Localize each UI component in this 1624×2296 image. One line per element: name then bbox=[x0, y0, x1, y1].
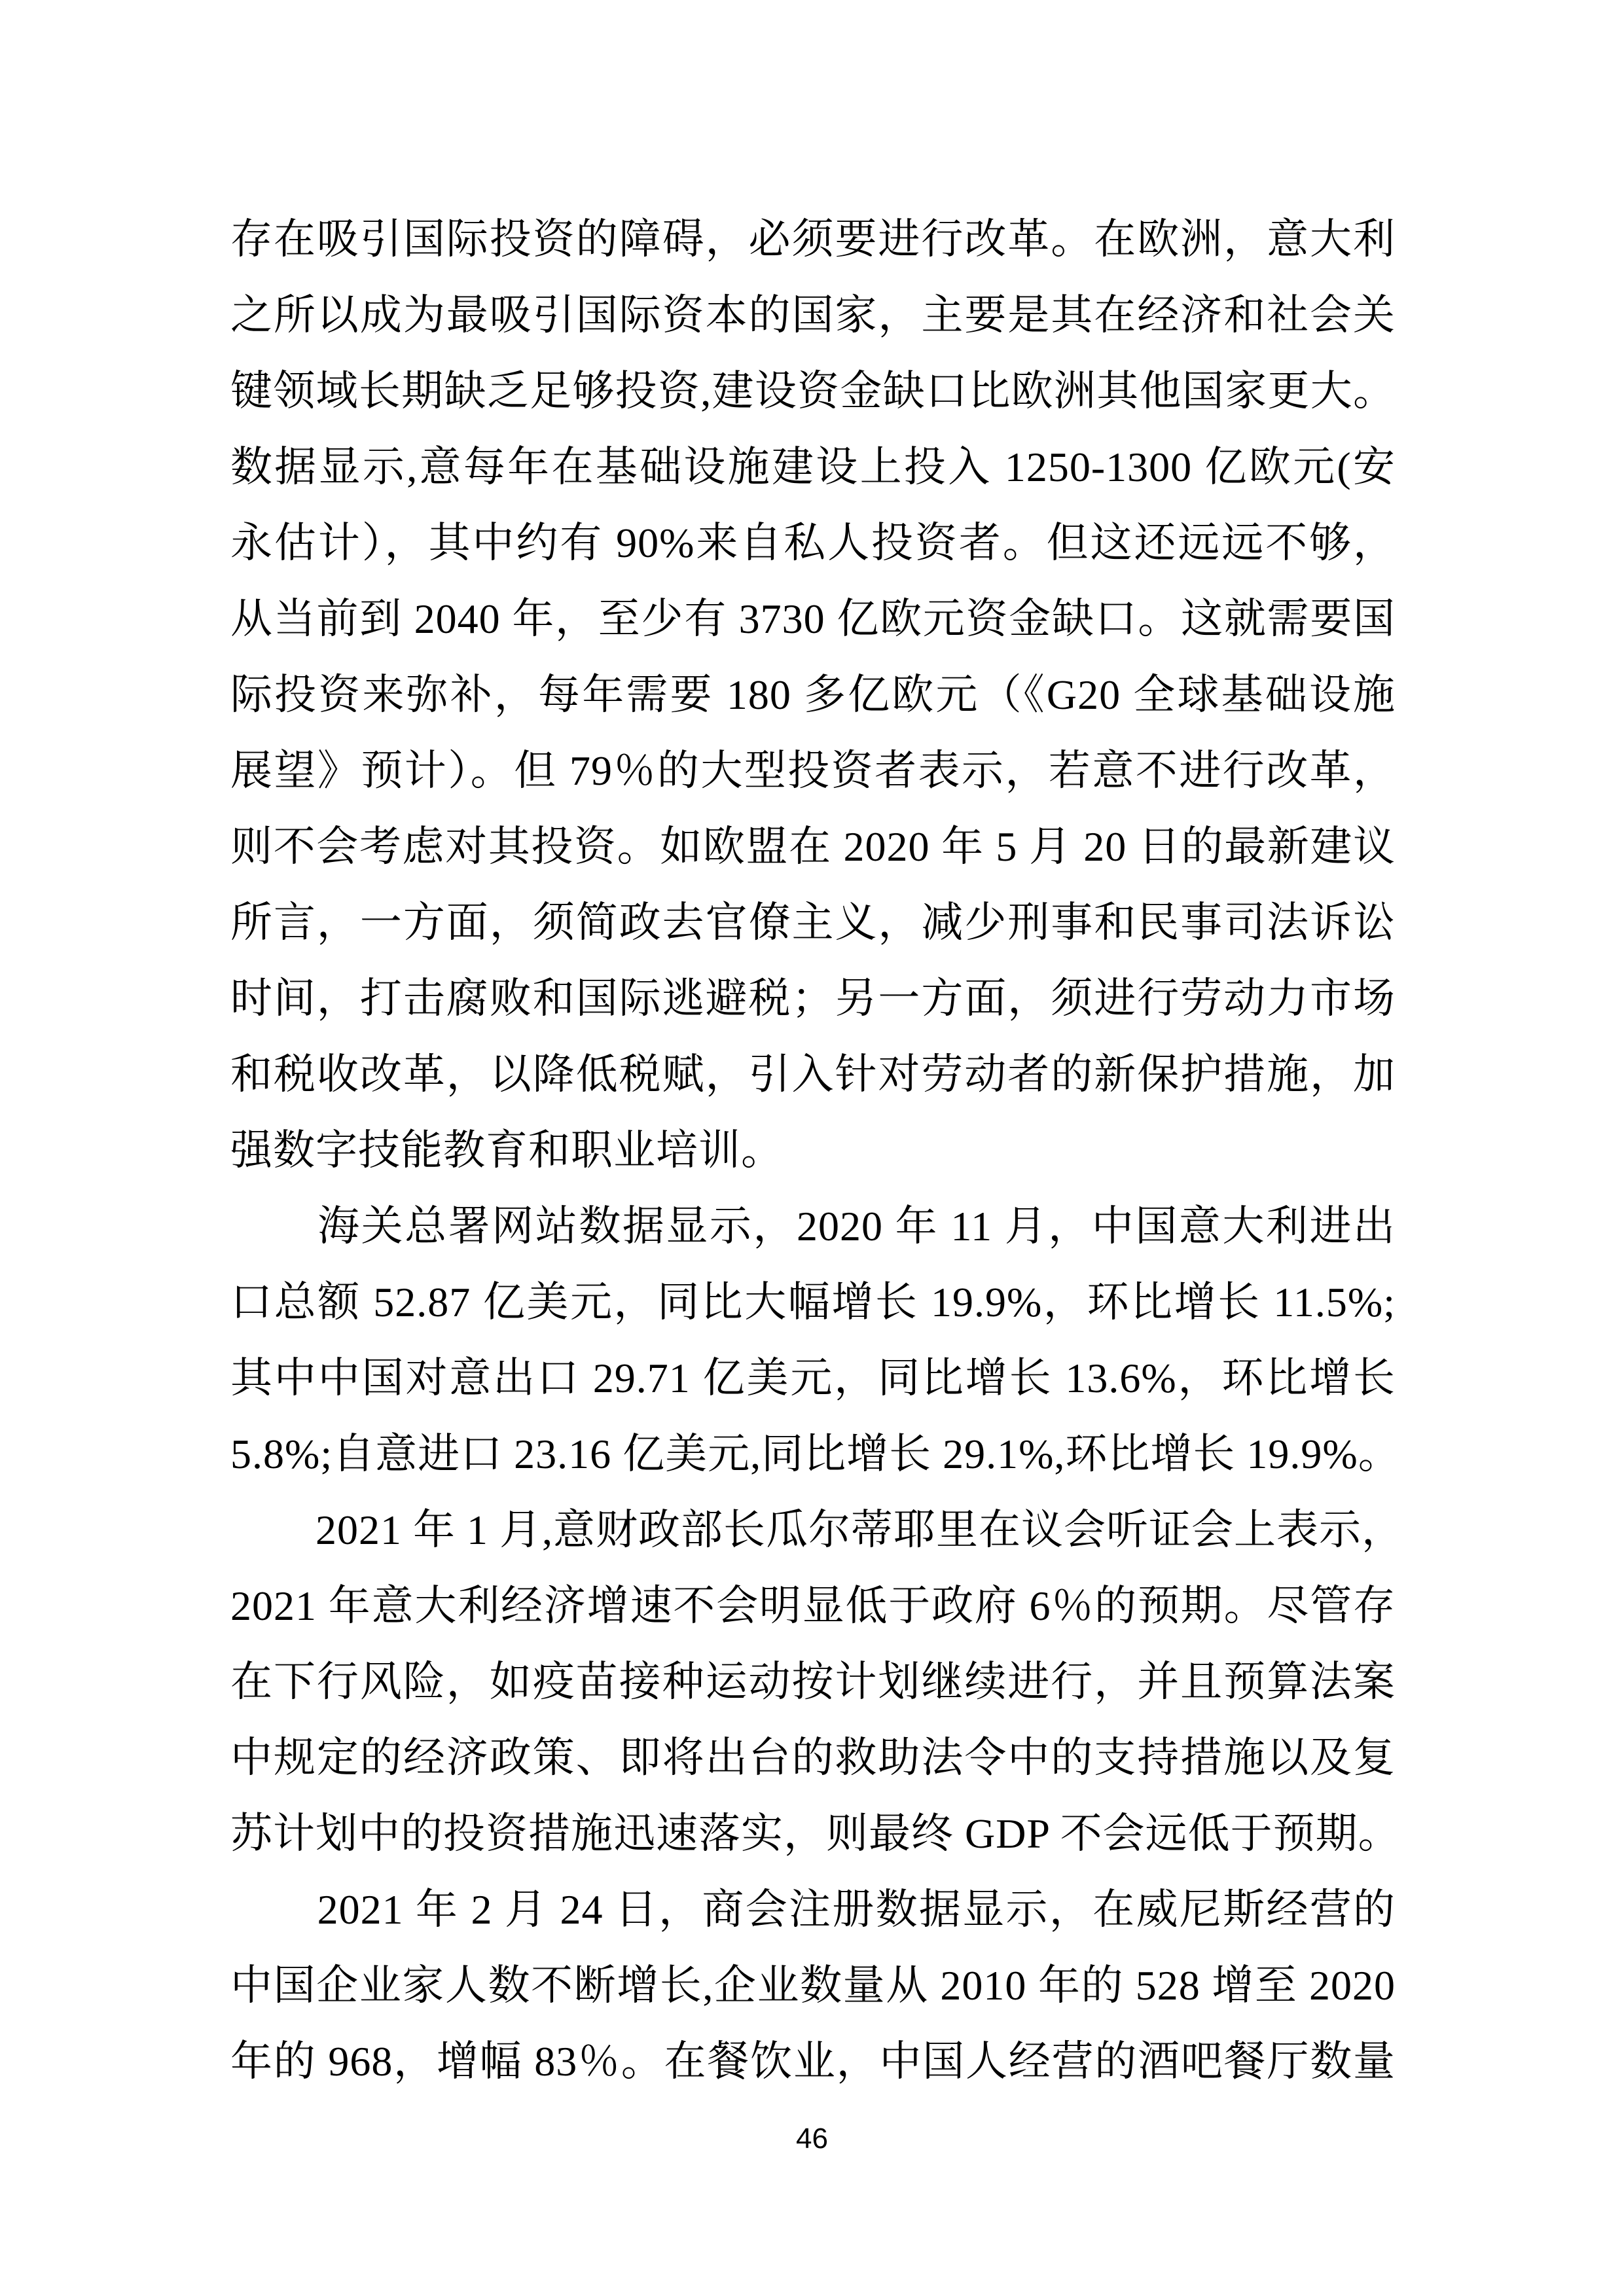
page-number: 46 bbox=[0, 2119, 1624, 2159]
text-line: 之所以成为最吸引国际资本的国家，主要是其在经济和社会关 bbox=[230, 278, 1396, 353]
text-line: 存在吸引国际投资的障碍，必须要进行改革。在欧洲，意大利 bbox=[230, 202, 1396, 278]
text-line: 其中中国对意出口 29.71 亿美元，同比增长 13.6%，环比增长 bbox=[230, 1340, 1396, 1416]
text-line: 在下行风险，如疫苗接种运动按计划继续进行，并且预算法案 bbox=[230, 1644, 1396, 1720]
text-line: 际投资来弥补，每年需要 180 多亿欧元（《G20 全球基础设施 bbox=[230, 657, 1396, 733]
text-line: 海关总署网站数据显示，2020 年 11 月，中国意大利进出 bbox=[230, 1189, 1396, 1265]
text-line: 数据显示,意每年在基础设施建设上投入 1250-1300 亿欧元(安 bbox=[230, 429, 1396, 505]
text-line: 和税收改革，以降低税赋，引入针对劳动者的新保护措施，加 bbox=[230, 1037, 1396, 1113]
text-line: 时间，打击腐败和国际逃避税；另一方面，须进行劳动力市场 bbox=[230, 961, 1396, 1037]
text-line: 中规定的经济政策、即将出台的救助法令中的支持措施以及复 bbox=[230, 1720, 1396, 1796]
text-line: 2021 年 2 月 24 日，商会注册数据显示，在威尼斯经营的 bbox=[230, 1872, 1396, 1948]
document-page: 存在吸引国际投资的障碍，必须要进行改革。在欧洲，意大利之所以成为最吸引国际资本的… bbox=[0, 0, 1624, 2296]
text-line: 键领域长期缺乏足够投资,建设资金缺口比欧洲其他国家更大。 bbox=[230, 353, 1396, 429]
text-line: 2021 年 1 月,意财政部长瓜尔蒂耶里在议会听证会上表示， bbox=[230, 1492, 1396, 1568]
text-line: 则不会考虑对其投资。如欧盟在 2020 年 5 月 20 日的最新建议 bbox=[230, 809, 1396, 885]
text-line: 永估计），其中约有 90%来自私人投资者。但这还远远不够， bbox=[230, 505, 1396, 581]
text-line: 苏计划中的投资措施迅速落实，则最终 GDP 不会远低于预期。 bbox=[230, 1796, 1396, 1872]
text-line: 中国企业家人数不断增长,企业数量从 2010 年的 528 增至 2020 bbox=[230, 1948, 1396, 2024]
text-line: 口总额 52.87 亿美元，同比大幅增长 19.9%，环比增长 11.5%; bbox=[230, 1265, 1396, 1340]
text-line: 强数字技能教育和职业培训。 bbox=[230, 1113, 1396, 1189]
text-line: 2021 年意大利经济增速不会明显低于政府 6％的预期。尽管存 bbox=[230, 1568, 1396, 1644]
text-line: 展望》预计）。但 79％的大型投资者表示，若意不进行改革， bbox=[230, 733, 1396, 809]
text-line: 从当前到 2040 年，至少有 3730 亿欧元资金缺口。这就需要国 bbox=[230, 581, 1396, 657]
text-line: 所言，一方面，须简政去官僚主义，减少刑事和民事司法诉讼 bbox=[230, 885, 1396, 961]
text-line: 年的 968，增幅 83％。在餐饮业，中国人经营的酒吧餐厅数量 bbox=[230, 2024, 1396, 2100]
text-line: 5.8%;自意进口 23.16 亿美元,同比增长 29.1%,环比增长 19.9… bbox=[230, 1416, 1396, 1492]
text-lines: 存在吸引国际投资的障碍，必须要进行改革。在欧洲，意大利之所以成为最吸引国际资本的… bbox=[230, 202, 1396, 2100]
